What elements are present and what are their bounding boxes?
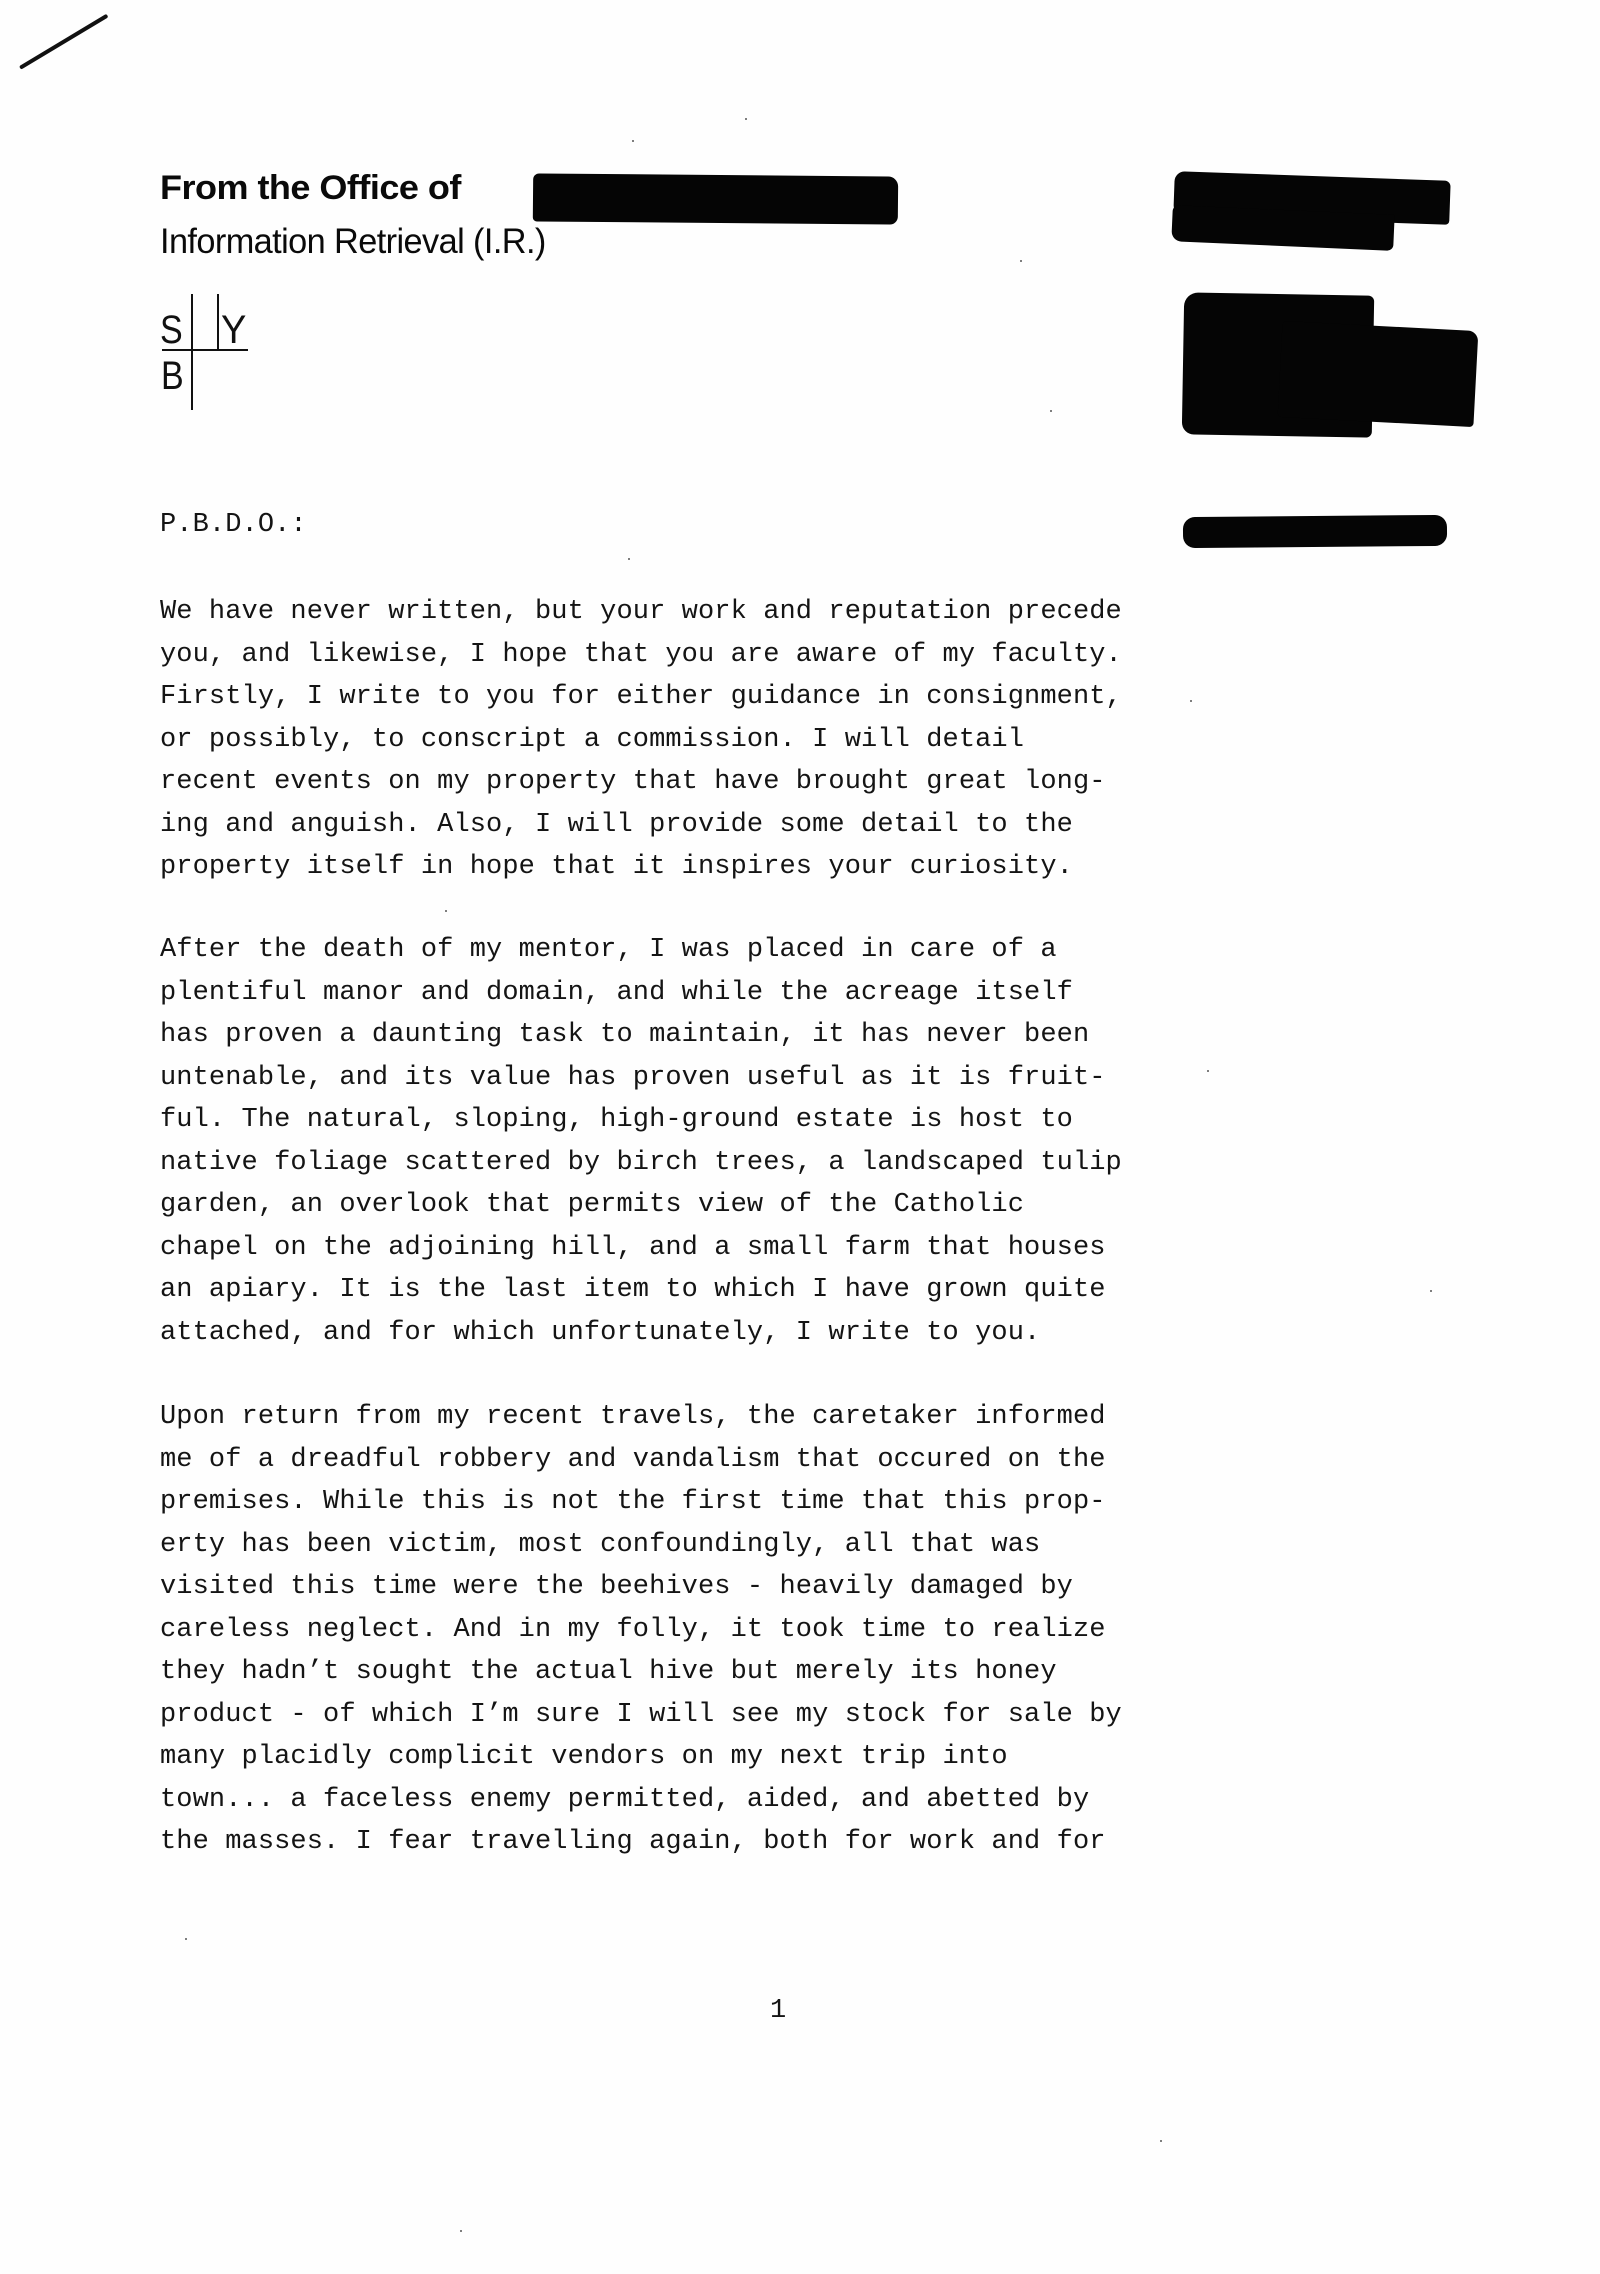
text-line: plentiful manor and domain, and while th… [160, 972, 1122, 1015]
paragraph-1: We have never written, but your work and… [160, 591, 1122, 889]
text-line: or possibly, to conscript a commission. … [160, 719, 1122, 762]
logo-rule-vertical-main [191, 294, 193, 410]
scan-speck [1430, 1290, 1432, 1292]
paragraph-2: After the death of my mentor, I was plac… [160, 929, 1122, 1354]
text-line: native foliage scattered by birch trees,… [160, 1142, 1122, 1185]
text-line: ing and anguish. Also, I will provide so… [160, 804, 1122, 847]
logo-letter-y: Y [221, 310, 246, 350]
text-line: untenable, and its value has proven usef… [160, 1057, 1122, 1100]
text-line: After the death of my mentor, I was plac… [160, 929, 1122, 972]
text-line: you, and likewise, I hope that you are a… [160, 634, 1122, 677]
text-line: product - of which I’m sure I will see m… [160, 1694, 1122, 1737]
text-line: attached, and for which unfortunately, I… [160, 1312, 1122, 1355]
text-line: garden, an overlook that permits view of… [160, 1184, 1122, 1227]
scan-speck [445, 910, 447, 912]
text-line: chapel on the adjoining hill, and a smal… [160, 1227, 1122, 1270]
redaction-bar-name [533, 173, 898, 224]
text-line: visited this time were the beehives - he… [160, 1566, 1122, 1609]
page-number: 1 [770, 1996, 786, 2026]
text-line: Firstly, I write to you for either guida… [160, 676, 1122, 719]
scan-speck [628, 558, 630, 560]
logo-rule-vertical-short [217, 294, 219, 350]
letter-page: From the Office of Information Retrieval… [0, 0, 1600, 2274]
sby-logo: S Y B [160, 290, 260, 415]
pen-stroke-mark [19, 14, 108, 70]
text-line: many placidly complicit vendors on my ne… [160, 1736, 1122, 1779]
scan-speck [1207, 1070, 1209, 1072]
text-line: property itself in hope that it inspires… [160, 846, 1122, 889]
scan-speck [1050, 410, 1052, 412]
paragraph-3: Upon return from my recent travels, the … [160, 1396, 1122, 1864]
scan-speck [632, 140, 634, 142]
scan-speck [185, 1938, 187, 1940]
scan-speck [1190, 700, 1192, 702]
letterhead-heading: From the Office of [160, 168, 461, 208]
scan-speck [745, 118, 747, 120]
text-line: has proven a daunting task to maintain, … [160, 1014, 1122, 1057]
text-line: recent events on my property that have b… [160, 761, 1122, 804]
text-line: they hadn’t sought the actual hive but m… [160, 1651, 1122, 1694]
text-line: the masses. I fear travelling again, bot… [160, 1821, 1122, 1864]
text-line: erty has been victim, most confoundingly… [160, 1524, 1122, 1567]
text-line: town... a faceless enemy permitted, aide… [160, 1779, 1122, 1822]
text-line: premises. While this is not the first ti… [160, 1481, 1122, 1524]
scan-speck [1160, 2140, 1162, 2142]
redaction-block-address-2b [1278, 321, 1479, 427]
scan-speck [1020, 260, 1022, 262]
text-line: We have never written, but your work and… [160, 591, 1122, 634]
scan-speck [460, 2230, 462, 2232]
logo-letter-s: S [160, 310, 183, 350]
logo-letter-b: B [161, 356, 184, 396]
letterhead-subtitle: Information Retrieval (I.R.) [160, 222, 546, 262]
salutation: P.B.D.O.: [160, 508, 307, 542]
text-line: ful. The natural, sloping, high-ground e… [160, 1099, 1122, 1142]
redaction-bar-address-3 [1183, 515, 1447, 548]
text-line: me of a dreadful robbery and vandalism t… [160, 1439, 1122, 1482]
text-line: careless neglect. And in my folly, it to… [160, 1609, 1122, 1652]
text-line: Upon return from my recent travels, the … [160, 1396, 1122, 1439]
text-line: an apiary. It is the last item to which … [160, 1269, 1122, 1312]
